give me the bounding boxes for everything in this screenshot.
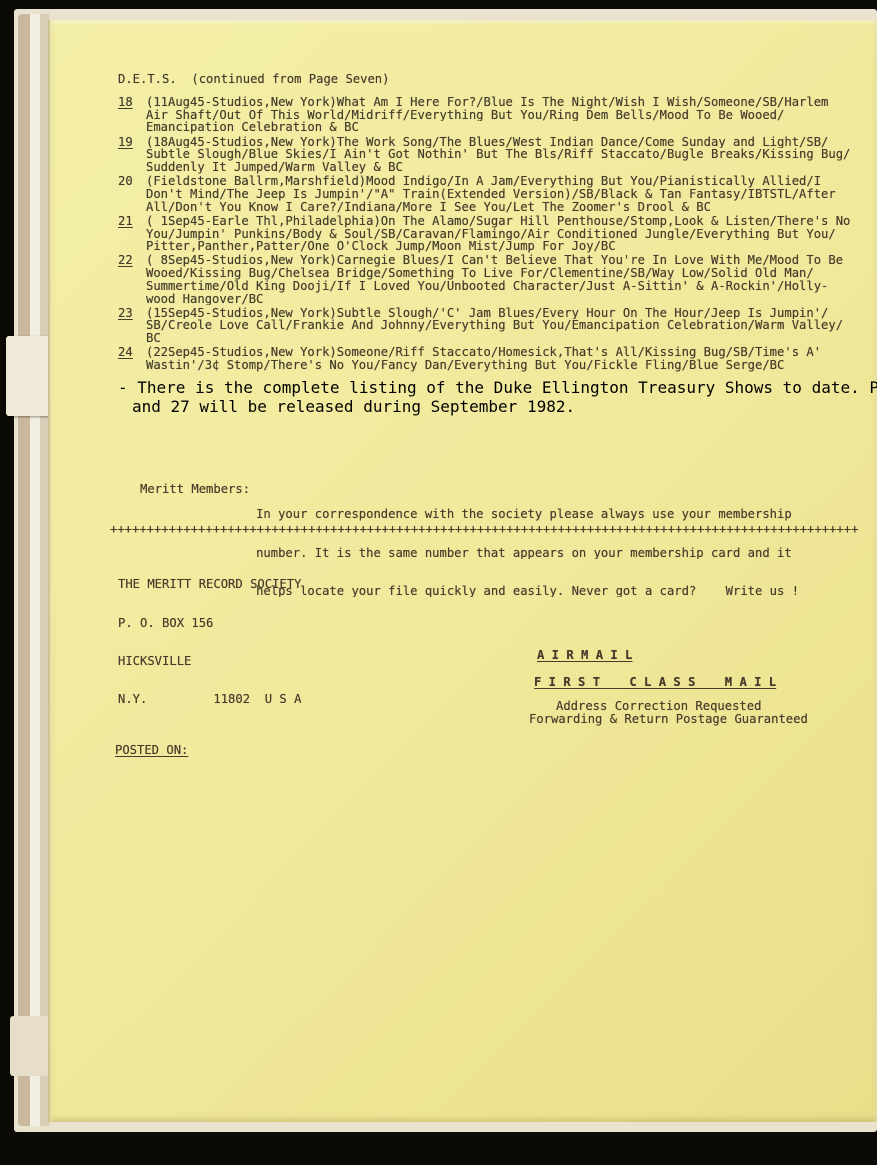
item-number: 18 (118, 96, 133, 109)
item-line: ( 8Sep45-Studios,New York)Carnegie Blues… (146, 254, 877, 267)
page-edge-tab-bottom (10, 1016, 50, 1076)
item-line: (11Aug45-Studios,New York)What Am I Here… (146, 96, 877, 109)
item-line: Wastin'/3¢ Stomp/There's No You/Fancy Da… (146, 359, 877, 372)
item-number: 19 (118, 136, 133, 149)
catalog-item-21: 21 ( 1Sep45-Earle Thl,Philadelphia)On Th… (118, 215, 877, 253)
airmail-label: A I R M A I L (537, 649, 632, 662)
members-line: helps locate your file quickly and easil… (256, 585, 799, 598)
item-line: Subtle Slough/Blue Skies/I Ain't Got Not… (146, 148, 877, 161)
catalog-item-23: 23 (15Sep45-Studios,New York)Subtle Slou… (118, 307, 877, 345)
page-edge-stack-1 (18, 14, 30, 1126)
item-number: 22 (118, 254, 133, 267)
forwarding-line: Forwarding & Return Postage Guaranteed (529, 713, 808, 726)
release-note-line: - There is the complete listing of the D… (118, 378, 877, 397)
item-line: ( 1Sep45-Earle Thl,Philadelphia)On The A… (146, 215, 877, 228)
item-line: (18Aug45-Studios,New York)The Work Song/… (146, 136, 877, 149)
item-line: (Fieldstone Ballrm,Marshfield)Mood Indig… (146, 175, 877, 188)
page-title: D.E.T.S. (continued from Page Seven) (118, 73, 390, 86)
item-line: Emancipation Celebration & BC (146, 121, 877, 134)
item-number: 20 (118, 175, 133, 188)
catalog-item-24: 24 (22Sep45-Studios,New York)Someone/Rif… (118, 346, 877, 371)
catalog-item-20: 20 (Fieldstone Ballrm,Marshfield)Mood In… (118, 175, 877, 213)
catalog-item-22: 22 ( 8Sep45-Studios,New York)Carnegie Bl… (118, 254, 877, 305)
item-line: SB/Creole Love Call/Frankie And Johnny/E… (146, 319, 877, 332)
page-edge-tab (6, 336, 50, 416)
members-line: number. It is the same number that appea… (256, 547, 799, 560)
item-line: (22Sep45-Studios,New York)Someone/Riff S… (146, 346, 877, 359)
item-line: Suddenly It Jumped/Warm Valley & BC (146, 161, 877, 174)
item-line: Pitter,Panther,Patter/One O'Clock Jump/M… (146, 240, 877, 253)
item-line: Don't Mind/The Jeep Is Jumpin'/"A" Train… (146, 188, 877, 201)
item-number: 23 (118, 307, 133, 320)
item-line: Air Shaft/Out Of This World/Midriff/Ever… (146, 109, 877, 122)
members-line: In your correspondence with the society … (256, 508, 799, 521)
divider-line: ++++++++++++++++++++++++++++++++++++++++… (110, 523, 875, 536)
members-text: In your correspondence with the society … (256, 483, 799, 623)
scan-background: D.E.T.S. (continued from Page Seven) 18 … (0, 0, 877, 1165)
item-line: Wooed/Kissing Bug/Chelsea Bridge/Somethi… (146, 267, 877, 280)
address-correction-line: Address Correction Requested (556, 700, 761, 713)
address-line: HICKSVILLE (118, 655, 301, 668)
item-line: Summertime/Old King Dooji/If I Loved You… (146, 280, 877, 293)
item-line: You/Jumpin' Punkins/Body & Soul/SB/Carav… (146, 228, 877, 241)
address-line: P. O. BOX 156 (118, 617, 301, 630)
item-number: 24 (118, 346, 133, 359)
posted-on-label: POSTED ON: (115, 744, 188, 757)
page-edge-stack-2 (30, 14, 40, 1126)
catalog-item-19: 19 (18Aug45-Studios,New York)The Work So… (118, 136, 877, 174)
item-line: wood Hangover/BC (146, 293, 877, 306)
item-line: (15Sep45-Studios,New York)Subtle Slough/… (146, 307, 877, 320)
first-class-mail-label: F I R S T C L A S S M A I L (534, 676, 776, 689)
release-note: - There is the complete listing of the D… (118, 378, 877, 416)
item-number: 21 (118, 215, 133, 228)
sender-address: THE MERITT RECORD SOCIETY P. O. BOX 156 … (118, 553, 301, 731)
release-note-line: and 27 will be released during September… (132, 397, 877, 416)
item-line: BC (146, 332, 877, 345)
address-line: N.Y. 11802 U S A (118, 693, 301, 706)
item-line: All/Don't You Know I Care?/Indiana/More … (146, 201, 877, 214)
catalog-list: 18 (11Aug45-Studios,New York)What Am I H… (118, 96, 877, 416)
address-line: THE MERITT RECORD SOCIETY (118, 578, 301, 591)
catalog-item-18: 18 (11Aug45-Studios,New York)What Am I H… (118, 96, 877, 134)
